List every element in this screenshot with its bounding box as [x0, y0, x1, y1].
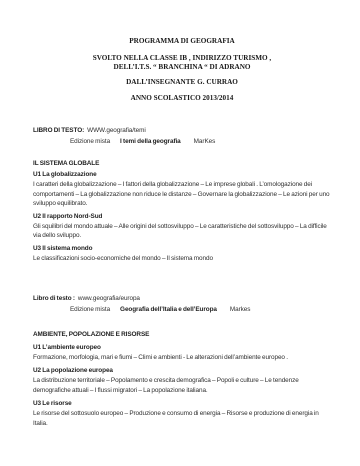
document-page: PROGRAMMA DI GEOGRAFIA SVOLTO NELLA CLAS…	[0, 0, 360, 466]
unit-u3-sistema-mondo: U3 Il sistema mondo Le classificazioni s…	[33, 244, 331, 264]
doc-title: PROGRAMMA DI GEOGRAFIA	[33, 37, 331, 45]
doc-class-line-1: SVOLTO NELLA CLASSE IB , INDIRIZZO TURIS…	[33, 54, 331, 64]
doc-teacher-line: DALL’INSEGNANTE G. CURRAO	[33, 78, 331, 86]
textbook-2-edition-line: Edizione mistaGeografia dell’Italia e de…	[33, 305, 331, 314]
unit-title: U2 La popolazione europea	[33, 366, 331, 375]
textbook-1-line: LIBRO DI TESTO:WWW.geografia/temi	[33, 126, 331, 135]
unit-u1-ambiente-europeo: U1 L’ambiente europeo Formazione, morfol…	[33, 343, 331, 363]
textbook-1-edition: Edizione mista	[70, 138, 110, 145]
unit-body: I caratteri della globalizzazione – I fa…	[33, 180, 331, 209]
unit-body: Le risorse del sottosuolo europeo – Prod…	[33, 409, 331, 428]
doc-class-line-2: DELL’I.T.S. “ BRANCHINA “ DI ADRANO	[33, 63, 331, 73]
textbook-1-publisher: MarKes	[194, 138, 216, 145]
section-2-heading: AMBIENTE, POPOLAZIONE E RISORSE	[33, 330, 331, 339]
unit-body: Formazione, morfologia, mari e fiumi – C…	[33, 353, 331, 363]
section-ambiente-popolazione-risorse: AMBIENTE, POPOLAZIONE E RISORSE U1 L’amb…	[33, 330, 331, 428]
textbook-2-line: Libro di testo :www.geografia/europa	[33, 294, 331, 303]
section-sistema-globale: IL SISTEMA GLOBALE U1 La globalizzazione…	[33, 159, 331, 264]
textbook-2-label: Libro di testo :	[33, 295, 75, 302]
document-header: PROGRAMMA DI GEOGRAFIA SVOLTO NELLA CLAS…	[33, 37, 331, 102]
unit-u1-globalizzazione: U1 La globalizzazione I caratteri della …	[33, 170, 331, 209]
textbook-block-2: Libro di testo :www.geografia/europa Edi…	[33, 294, 331, 314]
textbook-2-publisher: Markes	[230, 306, 250, 313]
unit-u2-rapporto-nord-sud: U2 Il rapporto Nord-Sud Gli squilibri de…	[33, 212, 331, 241]
textbook-1-title: I temi della geografia	[120, 138, 181, 145]
doc-class-block: SVOLTO NELLA CLASSE IB , INDIRIZZO TURIS…	[33, 54, 331, 73]
textbook-1-label: LIBRO DI TESTO:	[33, 127, 84, 134]
unit-title: U3 Il sistema mondo	[33, 244, 331, 253]
textbook-1-url: WWW.geografia/temi	[87, 127, 146, 134]
section-1-heading: IL SISTEMA GLOBALE	[33, 159, 331, 168]
unit-title: U1 L’ambiente europeo	[33, 343, 331, 352]
doc-school-year-line: ANNO SCOLASTICO 2013/2014	[33, 94, 331, 102]
textbook-block-1: LIBRO DI TESTO:WWW.geografia/temi Edizio…	[33, 126, 331, 146]
textbook-2-title: Geografia dell’Italia e dell’Europa	[120, 306, 217, 313]
unit-title: U1 La globalizzazione	[33, 170, 331, 179]
unit-body: Le classificazioni socio-economiche del …	[33, 254, 331, 264]
unit-body: La distribuzione territoriale – Popolame…	[33, 376, 331, 395]
unit-title: U3 Le risorse	[33, 399, 331, 408]
unit-u2-popolazione-europea: U2 La popolazione europea La distribuzio…	[33, 366, 331, 395]
unit-body: Gli squilibri del mondo attuale – Alle o…	[33, 222, 331, 241]
textbook-2-url: www.geografia/europa	[78, 295, 140, 302]
textbook-1-edition-line: Edizione mistaI temi della geografiaMarK…	[33, 137, 331, 146]
unit-u3-risorse: U3 Le risorse Le risorse del sottosuolo …	[33, 399, 331, 428]
textbook-2-edition: Edizione mista	[70, 306, 110, 313]
unit-title: U2 Il rapporto Nord-Sud	[33, 212, 331, 221]
